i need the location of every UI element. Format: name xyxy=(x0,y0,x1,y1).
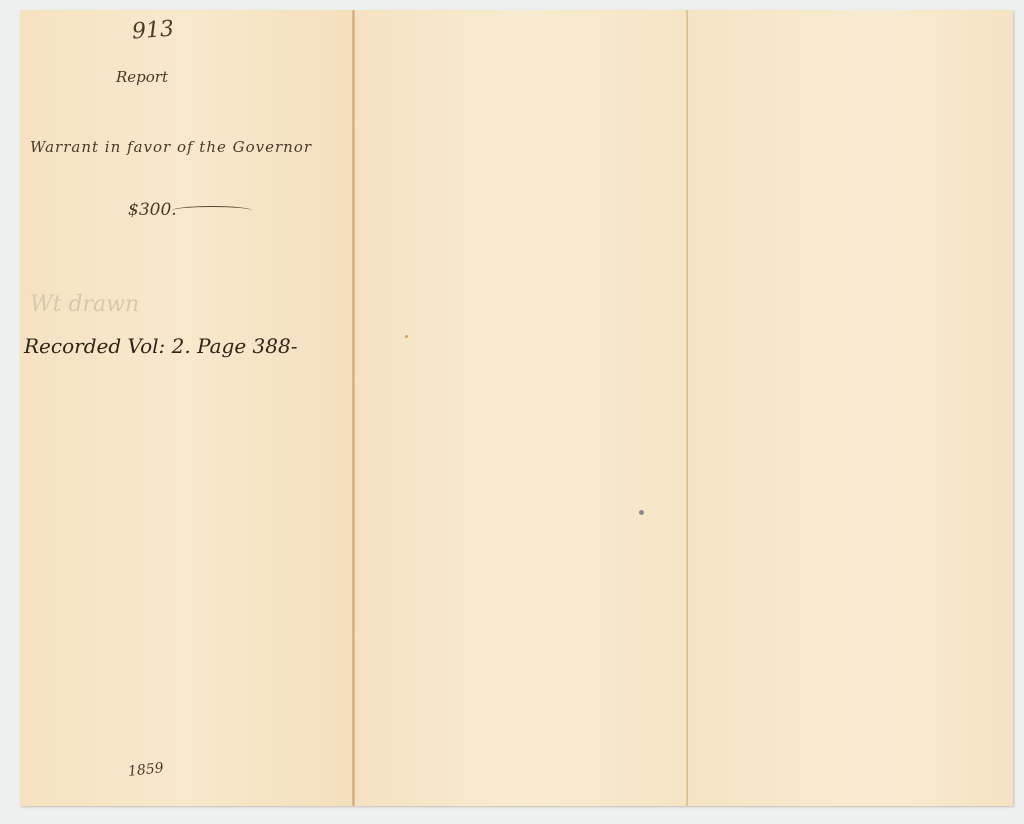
amount-flourish xyxy=(172,206,252,215)
faint-note: Wt drawn xyxy=(30,292,139,317)
fold-line-right xyxy=(686,10,688,806)
fold-line-left xyxy=(352,10,355,806)
docket-label: Report xyxy=(116,68,168,86)
document-sheet: 913 Report Warrant in favor of the Gover… xyxy=(20,10,1013,806)
ink-speck xyxy=(639,510,644,515)
right-panel xyxy=(687,10,1013,806)
docket-year: 1859 xyxy=(127,760,164,780)
docket-number: 913 xyxy=(131,17,175,45)
ink-speck xyxy=(405,335,408,338)
docket-description: Warrant in favor of the Governor xyxy=(30,138,312,156)
recorded-note: Recorded Vol: 2. Page 388- xyxy=(24,334,298,358)
middle-panel xyxy=(353,10,687,806)
docket-amount: $300. xyxy=(128,200,177,220)
left-panel: 913 Report Warrant in favor of the Gover… xyxy=(20,10,353,806)
